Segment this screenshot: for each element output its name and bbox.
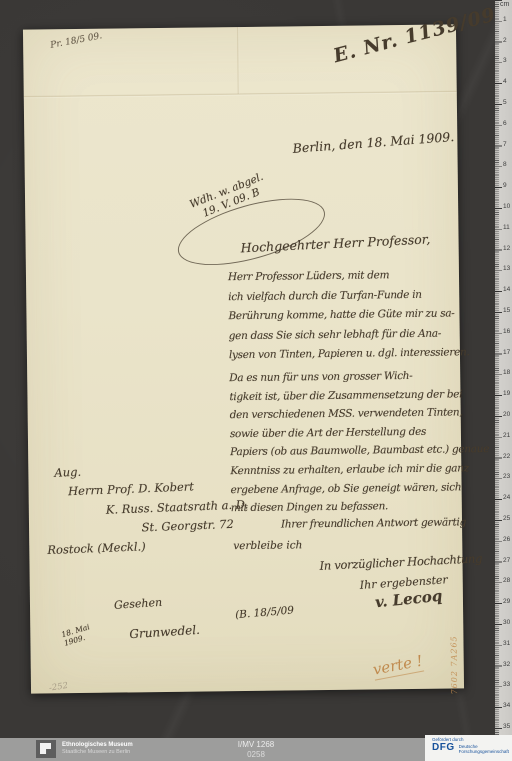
ruler-number: 24 bbox=[503, 494, 510, 501]
body-paragraph-2: Da es nun für uns von grosser Wich-tigke… bbox=[229, 366, 490, 518]
closing-line-3: In vorzüglicher Hochachtung bbox=[319, 551, 482, 573]
dfg-abbr: DFG bbox=[432, 743, 455, 753]
handwriting-line: ergebene Anfrage, ob Sie geneigt wären, … bbox=[230, 478, 489, 500]
ruler-number: 35 bbox=[503, 723, 510, 730]
ruler-number: 34 bbox=[503, 702, 510, 709]
ruler-number: 31 bbox=[503, 640, 510, 647]
ruler-number: 21 bbox=[503, 432, 510, 439]
ruler-number: 19 bbox=[503, 390, 510, 397]
ruler-number: 29 bbox=[503, 598, 510, 605]
ruler-number: 4 bbox=[503, 78, 507, 85]
file-date-note: (B. 18/5/09 bbox=[235, 604, 295, 621]
letter-page: Pr. 18/5 09. E. Nr. 1139/09 Berlin, den … bbox=[23, 24, 464, 693]
vertical-inventory-number: 7602 7A265 bbox=[449, 622, 459, 694]
ruler-number: 17 bbox=[503, 349, 510, 356]
ruler-number: 9 bbox=[503, 182, 507, 189]
handwriting-line: mit diesen Dingen zu befassen. bbox=[231, 496, 490, 518]
ruler-number: 18 bbox=[503, 369, 510, 376]
scan-viewport: Pr. 18/5 09. E. Nr. 1139/09 Berlin, den … bbox=[0, 0, 512, 761]
ruler-number: 20 bbox=[503, 411, 510, 418]
ruler-cm-ticks bbox=[495, 0, 502, 738]
ruler-number: 11 bbox=[503, 224, 510, 231]
ruler-number: 6 bbox=[503, 120, 507, 127]
ruler-number: 7 bbox=[503, 141, 507, 148]
dfg-name-line2: Forschungsgemeinschaft bbox=[459, 749, 509, 754]
ruler-number: 32 bbox=[503, 661, 510, 668]
dfg-logo: Gefördert durch DFG Deutsche Forschungsg… bbox=[425, 735, 512, 761]
footer-bar: Ethnologisches Museum Staatliche Museen … bbox=[0, 738, 512, 761]
ruler-number: 25 bbox=[503, 515, 510, 522]
address-line: Rostock (Meckl.) bbox=[47, 533, 250, 560]
ruler-number: 30 bbox=[503, 619, 510, 626]
ruler-number: 27 bbox=[503, 557, 510, 564]
signature-grunwedel: Grunwedel. bbox=[129, 623, 200, 642]
ruler-number: 12 bbox=[503, 245, 510, 252]
handwriting-line: lysen von Tinten, Papieren u. dgl. inter… bbox=[229, 343, 470, 365]
seen-date: 18. Mai 1909. bbox=[60, 622, 93, 648]
address-block: Aug.Herrn Prof. D. KobertK. Russ. Staats… bbox=[44, 456, 250, 560]
cm-ruler: cm 1234567891011121314151617181920212223… bbox=[495, 0, 512, 738]
signature-lecoq: v. Lecoq bbox=[374, 587, 443, 612]
ruler-number: 8 bbox=[503, 161, 507, 168]
ruler-number: 13 bbox=[503, 265, 510, 272]
handwriting-line: den verschiedenen MSS. verwendeten Tinte… bbox=[230, 403, 489, 425]
seen-annotation: Gesehen bbox=[114, 596, 163, 612]
ruler-number: 5 bbox=[503, 99, 507, 106]
ruler-number: 23 bbox=[503, 473, 510, 480]
date-line: Berlin, den 18. Mai 1909. bbox=[276, 129, 455, 157]
ruler-number: 2 bbox=[503, 37, 507, 44]
ruler-number: 14 bbox=[503, 286, 510, 293]
ruler-number: 16 bbox=[503, 328, 510, 335]
corner-registry-note: Pr. 18/5 09. bbox=[50, 31, 103, 51]
ruler-number: 22 bbox=[503, 453, 510, 460]
ruler-number: 10 bbox=[503, 203, 510, 210]
dfg-full-name: Deutsche Forschungsgemeinschaft bbox=[459, 744, 509, 754]
ruler-number: 1 bbox=[503, 16, 507, 23]
verte-note: verte ! bbox=[371, 652, 424, 681]
ruler-number: 28 bbox=[503, 577, 510, 584]
ruler-number: 33 bbox=[503, 681, 510, 688]
pencil-page-number: -252 bbox=[48, 681, 68, 694]
archive-number: E. Nr. 1139/09 bbox=[331, 4, 498, 68]
handwriting-line: Berührung komme, hatte die Güte mir zu s… bbox=[228, 304, 469, 326]
closing-line-1: Ihrer freundlichen Antwort gewärtig bbox=[281, 516, 466, 530]
ruler-unit-label: cm bbox=[500, 1, 509, 8]
ruler-number: 26 bbox=[503, 536, 510, 543]
ruler-number: 15 bbox=[503, 307, 510, 314]
body-paragraph-1: Herr Professor Lüders, mit demich vielfa… bbox=[228, 265, 470, 365]
ruler-number: 3 bbox=[503, 57, 507, 64]
